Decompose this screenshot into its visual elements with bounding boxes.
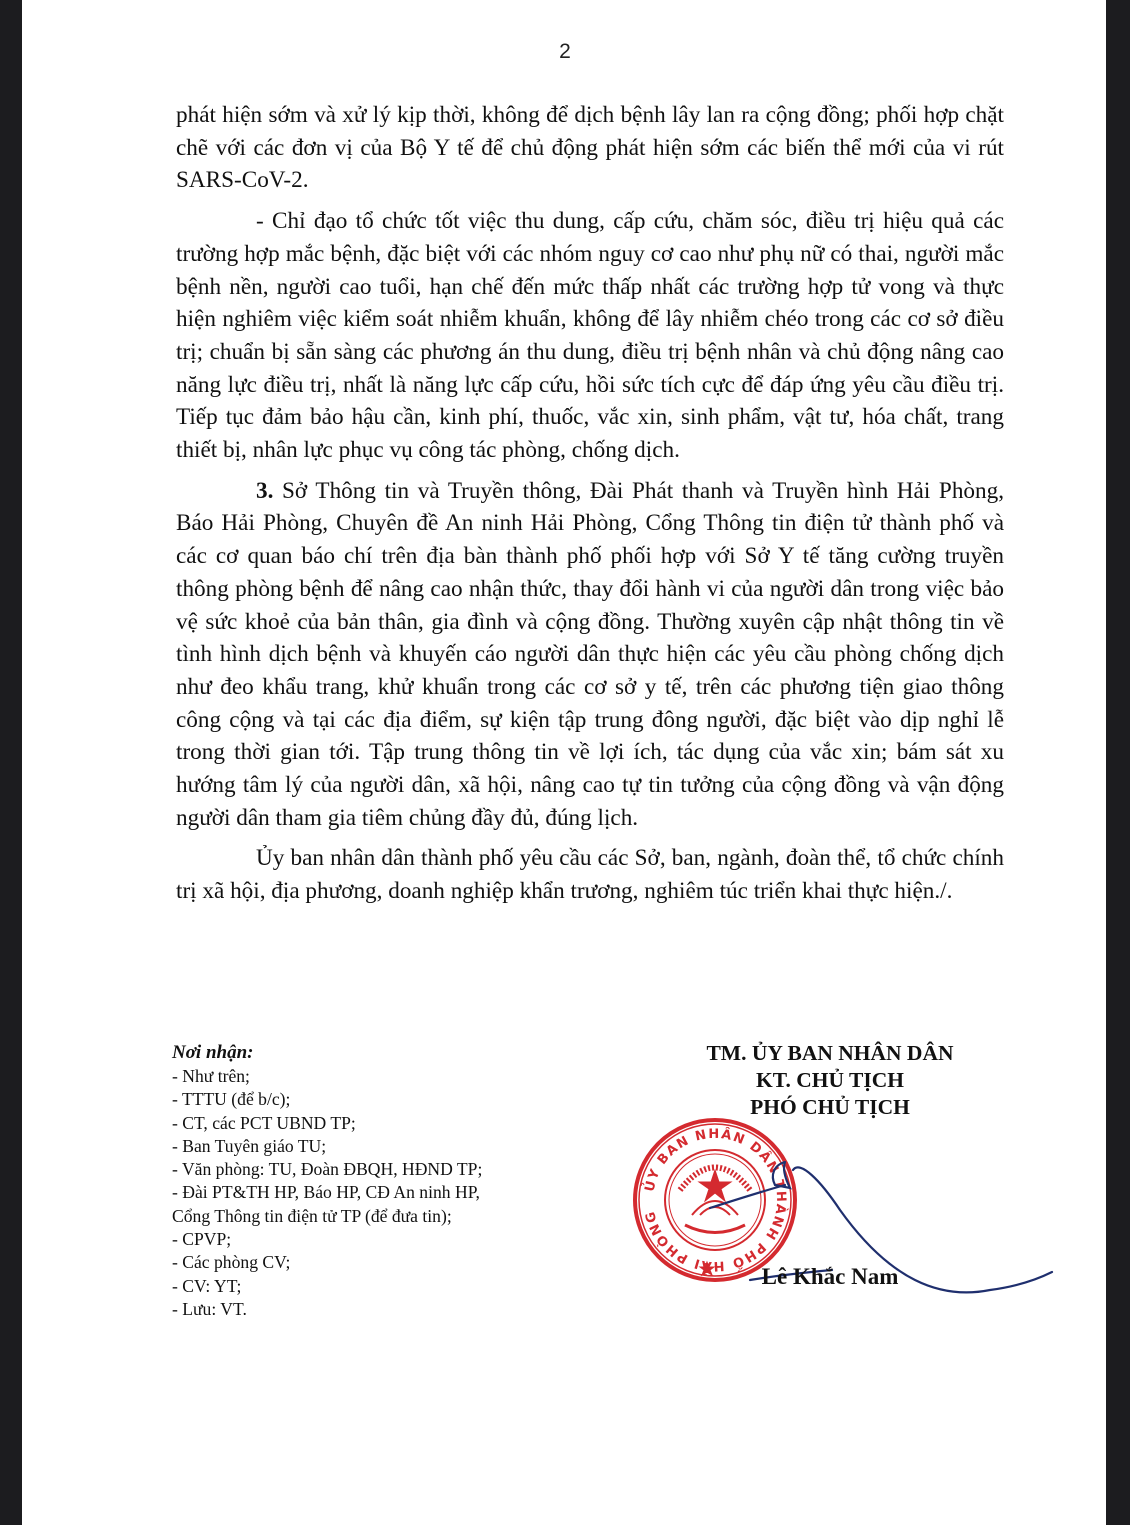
recipient-item: - Đài PT&TH HP, Báo HP, CĐ An ninh HP,: [172, 1181, 572, 1204]
signature-title-block: TM. ỦY BAN NHÂN DÂN KT. CHỦ TỊCH PHÓ CHỦ…: [620, 1040, 1040, 1121]
recipient-item: - Văn phòng: TU, Đoàn ĐBQH, HĐND TP;: [172, 1158, 572, 1181]
paragraph-text: phát hiện sớm và xử lý kịp thời, không đ…: [176, 102, 1004, 193]
recipient-item: Cổng Thông tin điện tử TP (để đưa tin);: [172, 1205, 572, 1228]
paragraph-text: - Chỉ đạo tổ chức tốt việc thu dung, cấp…: [176, 208, 1004, 463]
page-number: 2: [0, 40, 1130, 64]
recipient-item: - Các phòng CV;: [172, 1251, 572, 1274]
signature-title-line: KT. CHỦ TỊCH: [620, 1067, 1040, 1094]
recipient-item: - CPVP;: [172, 1228, 572, 1251]
paragraph: Ủy ban nhân dân thành phố yêu cầu các Sở…: [176, 842, 1004, 907]
recipient-item: - CT, các PCT UBND TP;: [172, 1112, 572, 1135]
recipient-item: - Lưu: VT.: [172, 1298, 572, 1321]
body-text: phát hiện sớm và xử lý kịp thời, không đ…: [176, 99, 1004, 908]
paragraph-text: Ủy ban nhân dân thành phố yêu cầu các Sở…: [176, 845, 1004, 904]
recipient-item: - CV: YT;: [172, 1275, 572, 1298]
paragraph-number: 3.: [256, 478, 273, 504]
paragraph: 3. Sở Thông tin và Truyền thông, Đài Phá…: [176, 475, 1004, 835]
paragraph: phát hiện sớm và xử lý kịp thời, không đ…: [176, 99, 1004, 197]
paragraph-text: Sở Thông tin và Truyền thông, Đài Phát t…: [176, 478, 1004, 831]
paragraph: - Chỉ đạo tổ chức tốt việc thu dung, cấp…: [176, 205, 1004, 467]
recipients-heading: Nơi nhận:: [172, 1041, 572, 1065]
recipient-item: - Như trên;: [172, 1065, 572, 1088]
recipient-item: - TTTU (để b/c);: [172, 1088, 572, 1111]
signature-title-line: TM. ỦY BAN NHÂN DÂN: [620, 1040, 1040, 1067]
recipient-item: - Ban Tuyên giáo TU;: [172, 1135, 572, 1158]
recipients-list: Nơi nhận: - Như trên; - TTTU (để b/c); -…: [172, 1041, 572, 1321]
signer-name: Lê Khắc Nam: [620, 1264, 1040, 1290]
